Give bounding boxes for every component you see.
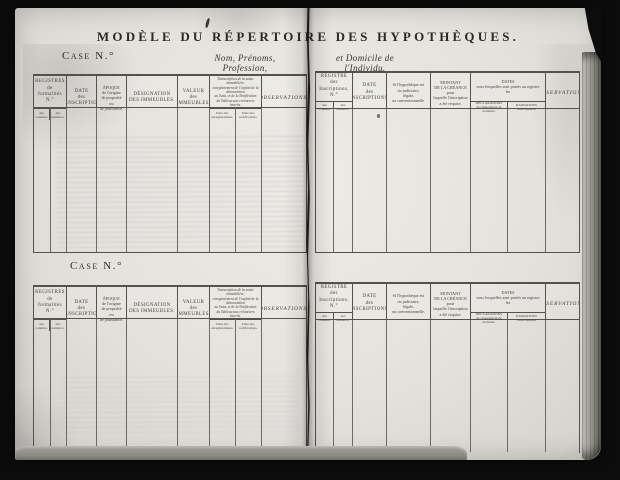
transcriptions-empty-rows [34,108,306,252]
col-observations: OBSERVATIONS. [546,73,579,113]
col-nature-hypotheque: Si l'hypothèque est ou judiciaire, légal… [387,284,431,324]
col-registre-label: REGISTRE des Inscriptions. N.° [316,73,352,101]
col-nature-hypotheque-label: Si l'hypothèque est ou judiciaire, légal… [387,284,430,324]
subtitle-right: et Domicile de l'Individu. [315,53,415,73]
transcriptions-header: REGISTRES de formalités N.° des volumes.… [34,287,306,319]
inscriptions-table-upper: REGISTRE des Inscriptions. N.° des volum… [315,71,580,253]
col-montant-creance-label: MONTANT DE LA CRÉANCE pour laquelle l'in… [431,73,470,113]
page-edges-bottom [15,446,467,460]
transcriptions-table-lower: REGISTRES de formalités N.° des volumes.… [33,285,307,448]
col-date-inscriptions: DATE des INSCRIPTIONS. [353,73,387,113]
col-dates-registre-label: DATES sous lesquelles sont portés au reg… [471,73,545,101]
col-montant-creance: MONTANT DE LA CRÉANCE pour laquelle l'in… [431,284,471,324]
col-nature-hypotheque-label: Si l'hypothèque est ou judiciaire, légal… [387,73,430,113]
inscriptions-empty-rows [316,109,579,252]
col-montant-creance: MONTANT DE LA CRÉANCE pour laquelle l'in… [431,73,471,113]
col-registres-label: REGISTRES de formalités N.° [34,76,66,108]
col-registre-inscriptions: REGISTRE des Inscriptions. N.° des volum… [316,284,353,324]
col-montant-creance-label: MONTANT DE LA CRÉANCE pour laquelle l'in… [431,284,470,324]
col-observations-label: OBSERVATIONS. [546,284,579,324]
col-registres-label: REGISTRES de formalités N.° [34,287,66,319]
col-saisie-label: Transcription de la saisie immobilière, … [210,76,261,108]
col-dates-registre: DATES sous lesquelles sont portés au reg… [471,73,546,113]
book-spread-pages: MODÈLE DU RÉPERTOIRE DES HYPOTHÈQUES. No… [15,8,601,460]
inscriptions-header: REGISTRE des Inscriptions. N.° des volum… [316,73,579,109]
inscriptions-header: REGISTRE des Inscriptions. N.° des volum… [316,284,579,320]
col-registre-label: REGISTRE des Inscriptions. N.° [316,284,352,312]
col-date-inscriptions: DATE des INSCRIPTIONS. [353,284,387,324]
col-dates-registre-label: DATES sous lesquelles sont portés au reg… [471,284,545,312]
inscriptions-table-lower: REGISTRE des Inscriptions. N.° des volum… [315,282,580,453]
subtitle-left: Nom, Prénoms, Profession, [191,53,299,73]
col-dates-registre: DATES sous lesquelles sont portés au reg… [471,284,546,324]
transcriptions-empty-rows [34,319,306,448]
col-nature-hypotheque: Si l'hypothèque est ou judiciaire, légal… [387,73,431,113]
col-observations: OBSERVATIONS. [546,284,579,324]
col-saisie-label: Transcription de la saisie immobilière, … [210,287,261,319]
page-title: MODÈLE DU RÉPERTOIRE DES HYPOTHÈQUES. [15,29,601,45]
col-date-inscriptions-label: DATE des INSCRIPTIONS. [353,73,386,113]
inscriptions-empty-rows [316,320,579,452]
col-observations-label: OBSERVATIONS. [546,73,579,113]
transcriptions-header: REGISTRES de formalités N.° des volumes.… [34,76,306,108]
scanned-book-photo: MODÈLE DU RÉPERTOIRE DES HYPOTHÈQUES. No… [0,0,620,480]
col-registre-inscriptions: REGISTRE des Inscriptions. N.° des volum… [316,73,353,113]
ink-mark [205,18,210,28]
col-date-inscriptions-label: DATE des INSCRIPTIONS. [353,284,386,324]
page-edges-right [582,52,601,460]
case-label-middle: Case N.° [70,260,123,272]
transcriptions-table-upper: REGISTRES de formalités N.° des volumes.… [33,74,307,253]
case-label-top: Case N.° [62,50,115,62]
